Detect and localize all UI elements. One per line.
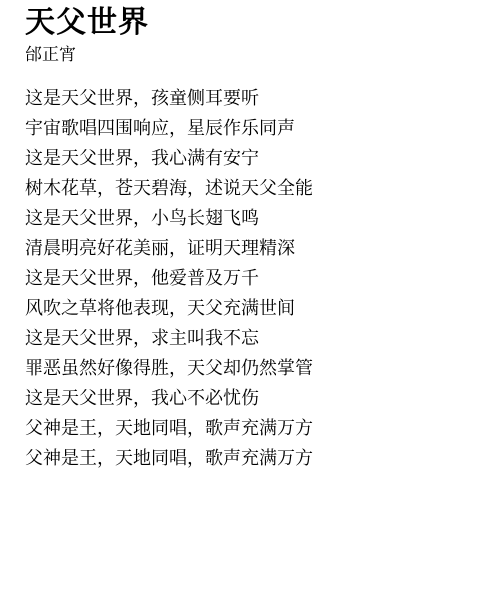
page-title: 天父世界 bbox=[25, 6, 485, 41]
lyric-line: 清晨明亮好花美丽，证明天理精深 bbox=[25, 233, 485, 263]
lyric-line: 宇宙歌唱四围响应，星辰作乐同声 bbox=[25, 113, 485, 143]
lyrics-page: 天父世界 邰正宵 这是天父世界，孩童侧耳要听 宇宙歌唱四围响应，星辰作乐同声 这… bbox=[0, 0, 500, 473]
lyric-line: 这是天父世界，小鸟长翅飞鸣 bbox=[25, 203, 485, 233]
lyric-line: 父神是王，天地同唱，歌声充满万方 bbox=[25, 443, 485, 473]
lyric-line: 这是天父世界，他爱普及万千 bbox=[25, 263, 485, 293]
lyric-line: 风吹之草将他表现，天父充满世间 bbox=[25, 293, 485, 323]
lyric-line: 这是天父世界，我心不必忧伤 bbox=[25, 383, 485, 413]
lyric-line: 这是天父世界，我心满有安宁 bbox=[25, 143, 485, 173]
lyrics-body: 这是天父世界，孩童侧耳要听 宇宙歌唱四围响应，星辰作乐同声 这是天父世界，我心满… bbox=[25, 83, 485, 473]
artist-name: 邰正宵 bbox=[25, 44, 485, 66]
lyric-line: 这是天父世界，求主叫我不忘 bbox=[25, 323, 485, 353]
lyric-line: 父神是王，天地同唱，歌声充满万方 bbox=[25, 413, 485, 443]
lyric-line: 这是天父世界，孩童侧耳要听 bbox=[25, 83, 485, 113]
lyric-line: 罪恶虽然好像得胜，天父却仍然掌管 bbox=[25, 353, 485, 383]
lyric-line: 树木花草，苍天碧海，述说天父全能 bbox=[25, 173, 485, 203]
